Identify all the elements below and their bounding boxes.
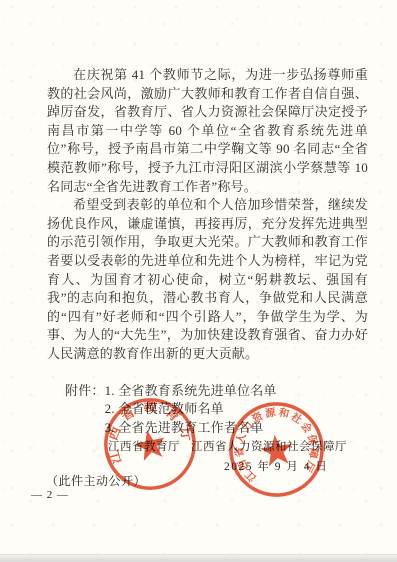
official-seal-hr-social-security-dept-icon: 江西省人力资源和社会保障厅 xyxy=(221,394,333,506)
attachment-item: 1. 全省教育系统先进单位名单 xyxy=(105,382,277,401)
page-number: — 2 — xyxy=(31,489,69,501)
scanned-document-page: 在庆祝第 41 个教师节之际，为进一步弘扬尊师重教的社会风尚，激励广大教师和教育… xyxy=(0,0,397,562)
scan-bottom-edge xyxy=(0,554,397,562)
attachments-label: 附件： xyxy=(65,382,105,401)
document-body: 在庆祝第 41 个教师节之际，为进一步弘扬尊师重教的社会风尚，激励广大教师和教育… xyxy=(47,66,368,437)
star-icon xyxy=(132,427,169,462)
paragraph-expectation: 希望受到表彰的单位和个人倍加珍惜荣誉，继续发扬优良作风，谦虚谨慎，再接再厉，充分… xyxy=(47,196,368,363)
disclosure-note: （此件主动公开） xyxy=(46,472,146,489)
star-icon xyxy=(259,433,295,468)
paragraph-commendation: 在庆祝第 41 个教师节之际，为进一步弘扬尊师重教的社会风尚，激励广大教师和教育… xyxy=(47,66,368,196)
